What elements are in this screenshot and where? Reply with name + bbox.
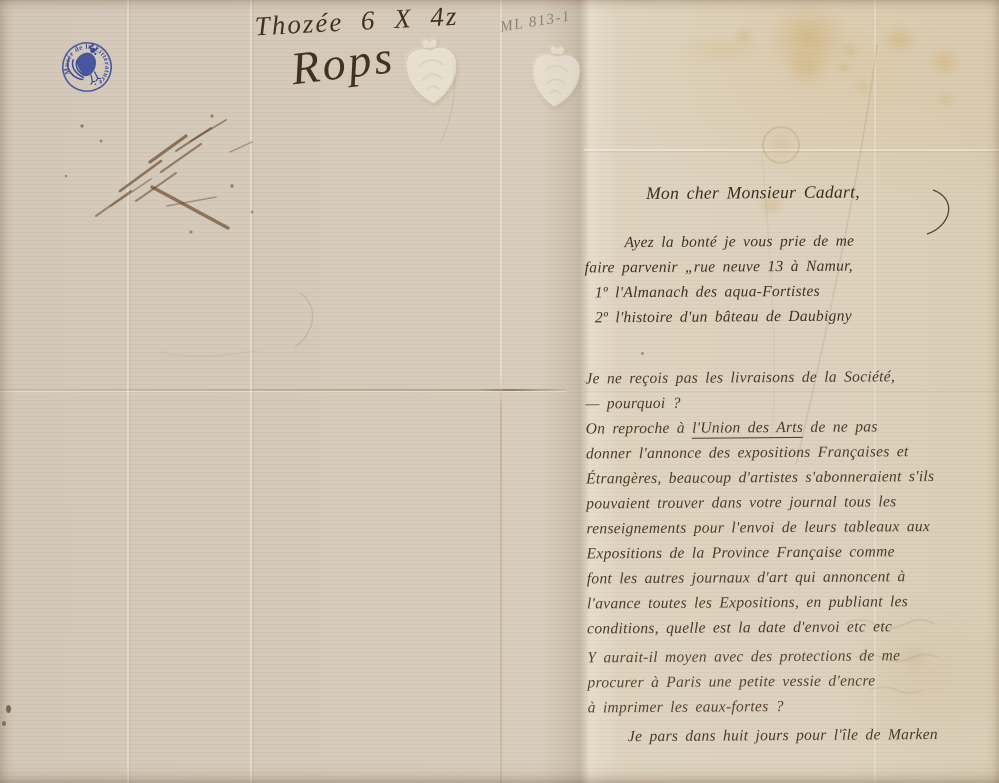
text-run: conditions, quelle est la date d'envoi e… bbox=[587, 618, 892, 637]
manuscript-letter-scan: Musée de la Littérature Thozée 6 X 4z Ro… bbox=[0, 0, 999, 783]
museum-stamp: Musée de la Littérature bbox=[35, 15, 139, 119]
stain bbox=[929, 48, 961, 76]
letter-paragraph: Mon cher Monsieur Cadart, bbox=[584, 179, 996, 207]
text-run: procurer à Paris une petite vessie d'enc… bbox=[587, 672, 875, 691]
letter-line: conditions, quelle est la date d'envoi e… bbox=[587, 614, 999, 642]
letter-line: 1º l'Almanach des aqua-Fortistes bbox=[595, 278, 997, 306]
letter-line: Je ne reçois pas les livraisons de la So… bbox=[585, 364, 997, 392]
text-run: Je ne reçois pas les livraisons de la So… bbox=[585, 368, 895, 387]
letter-line: l'avance toutes les Expositions, en publ… bbox=[587, 589, 999, 617]
stain bbox=[836, 61, 851, 74]
letter-line: Je pars dans huit jours pour l'île de Ma… bbox=[628, 722, 999, 750]
letter-line: Expositions de la Province Française com… bbox=[587, 539, 999, 567]
ink-smudge bbox=[65, 114, 254, 233]
fold-crease-vertical-3 bbox=[500, 0, 502, 783]
letter-line: 2º l'histoire d'un bâteau de Daubigny bbox=[595, 303, 997, 331]
text-run: donner l'annonce des expositions Françai… bbox=[586, 443, 909, 462]
collection-inscription: Thozée 6 X 4z Rops bbox=[254, 1, 462, 92]
letter-paragraph: Je pars dans huit jours pour l'île de Ma… bbox=[588, 722, 999, 750]
fold-crease-vertical-2 bbox=[250, 0, 252, 783]
stain-ring bbox=[762, 126, 800, 164]
text-run: Je pars dans huit jours pour l'île de Ma… bbox=[628, 726, 938, 745]
stain bbox=[782, 48, 830, 90]
text-run: Mon cher Monsieur Cadart, bbox=[646, 182, 860, 203]
fold-crease-vertical-1 bbox=[127, 0, 129, 783]
text-run: font les autres journaux d'art qui annon… bbox=[587, 568, 906, 587]
text-run: Ayez la bonté je vous prie de me bbox=[624, 233, 854, 252]
text-run: l'avance toutes les Expositions, en publ… bbox=[587, 593, 908, 612]
letter-paragraph: Ayez la bonté je vous prie de mefaire pa… bbox=[584, 228, 997, 331]
letter-line: procurer à Paris une petite vessie d'enc… bbox=[587, 668, 999, 696]
catalog-number: ML 813-1 bbox=[499, 9, 572, 37]
text-run: faire parvenir „rue neuve 13 à Namur, bbox=[585, 258, 853, 277]
letter-paragraph: Y aurait-il moyen avec des protections d… bbox=[587, 643, 999, 721]
text-run: 1º l'Almanach des aqua-Fortistes bbox=[595, 283, 820, 302]
embossed-seal-right bbox=[520, 40, 592, 117]
letter-line: Ayez la bonté je vous prie de me bbox=[624, 228, 996, 256]
letter-line: Y aurait-il moyen avec des protections d… bbox=[587, 643, 999, 671]
letter-paragraph: Je ne reçois pas les livraisons de la So… bbox=[585, 364, 999, 642]
letter-line: faire parvenir „rue neuve 13 à Namur, bbox=[585, 253, 997, 281]
letter-line: Mon cher Monsieur Cadart, bbox=[646, 179, 996, 206]
stain bbox=[840, 43, 859, 58]
underlined-text: l'Union des Arts bbox=[692, 419, 803, 439]
letter-line: à imprimer les eaux-fortes ? bbox=[588, 693, 999, 721]
text-run: renseignements pour l'envoi de leurs tab… bbox=[586, 518, 930, 537]
paper-wrinkles bbox=[160, 58, 455, 356]
text-run: On reproche à bbox=[586, 420, 692, 438]
fold-crease-horizontal-left bbox=[0, 389, 566, 391]
stain bbox=[854, 79, 871, 94]
fold-crease-horizontal-right bbox=[584, 149, 999, 151]
letter-line: pouvaient trouver dans votre journal tou… bbox=[586, 489, 998, 517]
ink-speck bbox=[2, 721, 6, 726]
text-run: — pourquoi ? bbox=[586, 395, 681, 413]
stain bbox=[936, 91, 955, 108]
text-run: 2º l'histoire d'un bâteau de Daubigny bbox=[595, 308, 852, 327]
text-run: à imprimer les eaux-fortes ? bbox=[588, 698, 784, 716]
letter-line: On reproche à l'Union des Arts de ne pas bbox=[586, 414, 998, 442]
text-run: Y aurait-il moyen avec des protections d… bbox=[587, 647, 900, 666]
text-run: de ne pas bbox=[803, 418, 878, 436]
text-run: pouvaient trouver dans votre journal tou… bbox=[586, 493, 896, 512]
letter-line: donner l'annonce des expositions Françai… bbox=[586, 439, 998, 467]
letter-line: font les autres journaux d'art qui annon… bbox=[587, 564, 999, 592]
stain bbox=[734, 28, 754, 45]
letter-line: Étrangères, beaucoup d'artistes s'abonne… bbox=[586, 464, 998, 492]
text-run: Expositions de la Province Française com… bbox=[587, 543, 895, 562]
letter-body: Mon cher Monsieur Cadart,Ayez la bonté j… bbox=[584, 179, 999, 750]
ink-speck bbox=[6, 705, 11, 713]
stain bbox=[768, 2, 848, 74]
text-run: Étrangères, beaucoup d'artistes s'abonne… bbox=[586, 468, 934, 487]
letter-line: — pourquoi ? bbox=[585, 389, 997, 417]
stain bbox=[676, 36, 766, 66]
stain bbox=[884, 26, 916, 53]
letter-line: renseignements pour l'envoi de leurs tab… bbox=[586, 514, 998, 542]
